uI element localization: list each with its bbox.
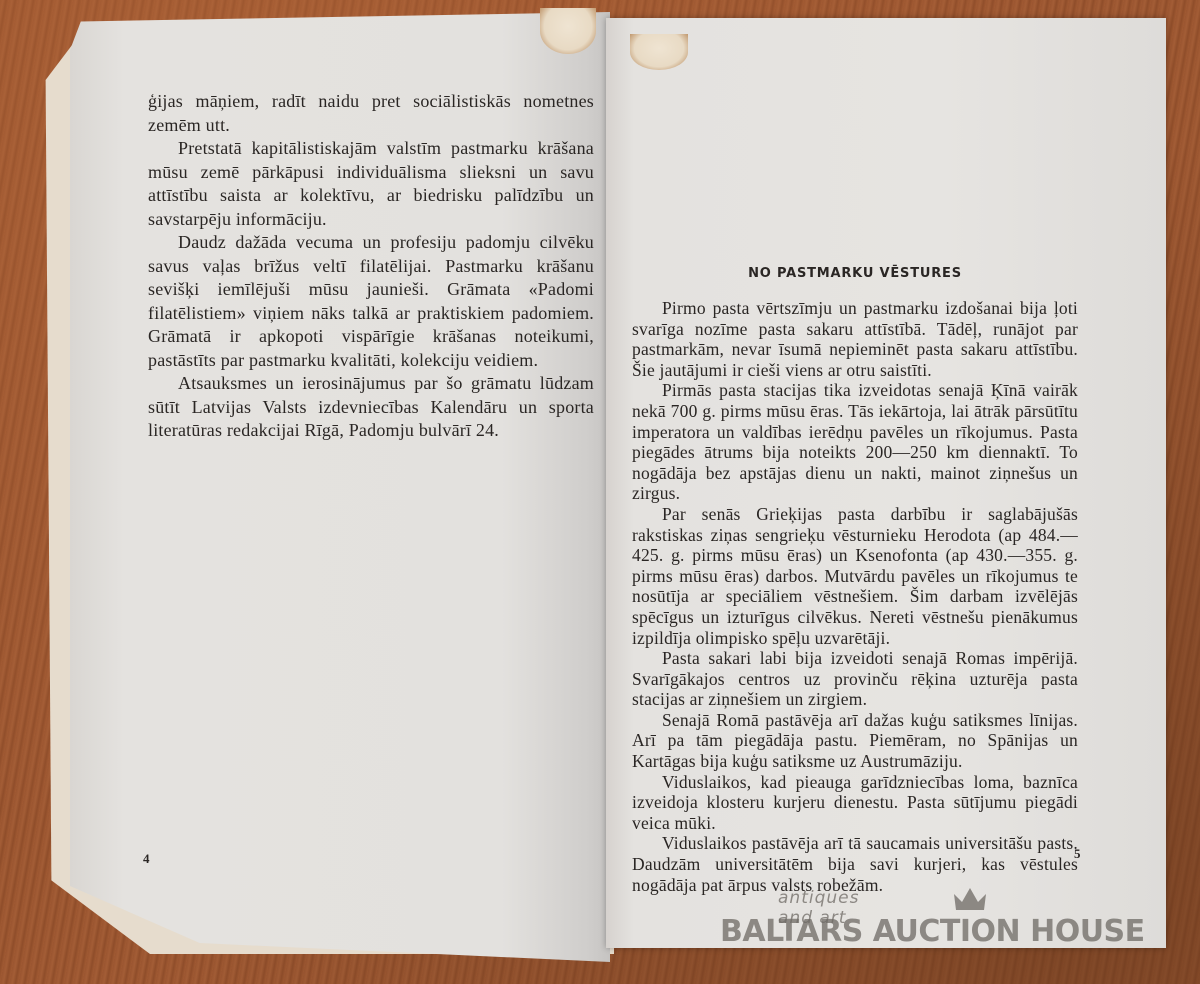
paragraph: Senajā Romā pastāvēja arī dažas kuģu sat… [632,710,1078,772]
paragraph: Atsauksmes un ierosinājumus par šo grāma… [148,372,594,443]
water-stain [630,34,688,70]
paragraph: Par senās Grieķijas pasta darbību ir sag… [632,504,1078,648]
paragraph: Viduslaikos, kad pieauga garīdzniecības … [632,772,1078,834]
page-number-right: 5 [1074,846,1081,862]
paragraph: Viduslaikos pastāvēja arī tā saucamais u… [632,833,1078,895]
left-page-text: ģijas māņiem, radīt naidu pret sociālist… [148,90,594,443]
paragraph: Pirmās pasta stacijas tika izveidotas se… [632,380,1078,504]
water-stain [540,8,596,54]
paragraph: Pasta sakari labi bija izveidoti senajā … [632,648,1078,710]
paragraph: Daudz dažāda vecuma un profesiju padomju… [148,231,594,372]
watermark-title: BALTARS AUCTION HOUSE [720,914,1145,949]
paragraph: Pretstatā kapitālistiskajām valstīm past… [148,137,594,231]
page-number-left: 4 [143,851,150,867]
paragraph: ģijas māņiem, radīt naidu pret sociālist… [148,90,594,137]
right-page-text: Pirmo pasta vērtszīmju un pastmarku izdo… [632,298,1078,895]
open-booklet: ģijas māņiem, radīt naidu pret sociālist… [0,0,1200,984]
crown-icon [950,888,990,946]
section-heading: NO PASTMARKU VĒSTURES [632,266,1078,281]
paragraph: Pirmo pasta vērtszīmju un pastmarku izdo… [632,298,1078,380]
